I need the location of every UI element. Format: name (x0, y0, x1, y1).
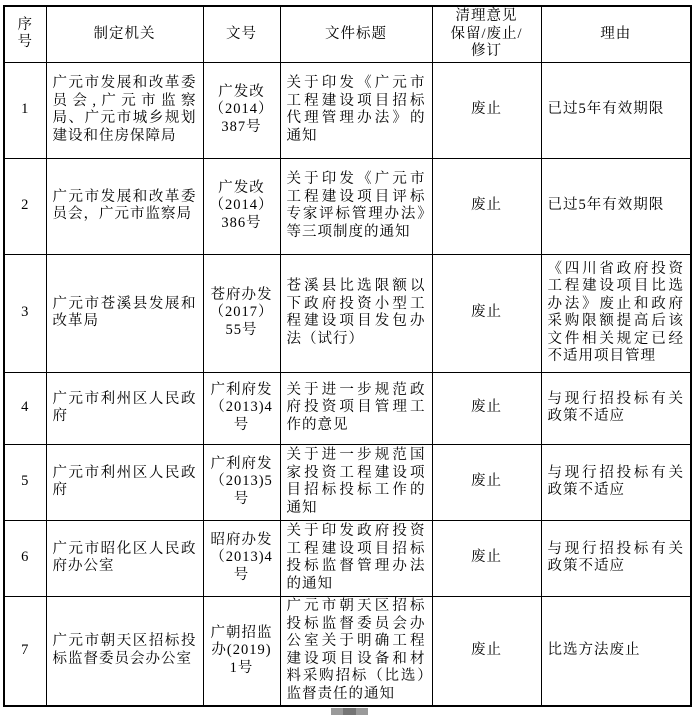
cell-title: 广元市朝天区招标投标监督委员会办公室关于明确工程建设项目设备和材料采购招标（比选… (280, 596, 432, 706)
scrollbar-thumb-grip (343, 708, 356, 715)
cell-index: 2 (4, 158, 46, 254)
document-cleanup-table: 序 号 制定机关 文号 文件标题 清理意见 保留/废止/ 修订 理由 1 广元市… (3, 5, 692, 707)
cell-index: 5 (4, 444, 46, 520)
cell-opinion: 废止 (432, 158, 541, 254)
cell-reason: 与现行招投标有关政策不适应 (541, 520, 691, 596)
cell-agency: 广元市苍溪县发展和改革局 (46, 254, 203, 372)
cell-index: 6 (4, 520, 46, 596)
column-header-title: 文件标题 (280, 6, 432, 62)
cell-title: 关于印发政府投资工程建设项目招标投标监督管理办法的通知 (280, 520, 432, 596)
cell-index: 3 (4, 254, 46, 372)
column-header-opinion: 清理意见 保留/废止/ 修订 (432, 6, 541, 62)
table-row: 6 广元市昭化区人民政府办公室 昭府办发 （2013)4 号 关于印发政府投资工… (4, 520, 691, 596)
cell-opinion: 废止 (432, 596, 541, 706)
cell-reason: 与现行招投标有关政策不适应 (541, 444, 691, 520)
cell-index: 1 (4, 62, 46, 158)
cell-doc-number: 广朝招监 办(2019) 1号 (203, 596, 280, 706)
scrollbar-thumb[interactable] (331, 708, 368, 715)
cell-agency: 广元市发展和改革委员会，广元市监察局 (46, 158, 203, 254)
cell-opinion: 废止 (432, 254, 541, 372)
cell-agency: 广元市发展和改革委员会,广元市监察局、广元市城乡规划建设和住房保障局 (46, 62, 203, 158)
cell-reason: 已过5年有效期限 (541, 62, 691, 158)
table-row: 3 广元市苍溪县发展和改革局 苍府办发 （2017） 55号 苍溪县比选限额以下… (4, 254, 691, 372)
table-row: 2 广元市发展和改革委员会，广元市监察局 广发改 （2014） 386号 关于印… (4, 158, 691, 254)
column-header-agency: 制定机关 (46, 6, 203, 62)
cell-opinion: 废止 (432, 444, 541, 520)
cell-title: 关于印发《广元市工程建设项目评标专家评标管理办法》等三项制度的通知 (280, 158, 432, 254)
cell-agency: 广元市朝天区招标投标监督委员会办公室 (46, 596, 203, 706)
cell-title: 关于进一步规范国家投资工程建设项目招标投标工作的通知 (280, 444, 432, 520)
cell-title: 关于印发《广元市工程建设项目招标代理管理办法》的通知 (280, 62, 432, 158)
cell-doc-number: 广利府发 （2013)5 号 (203, 444, 280, 520)
cell-doc-number: 广发改 （2014） 387号 (203, 62, 280, 158)
table-header-row: 序 号 制定机关 文号 文件标题 清理意见 保留/废止/ 修订 理由 (4, 6, 691, 62)
cell-title: 关于进一步规范政府投资项目管理工作的意见 (280, 372, 432, 444)
column-header-doc-number: 文号 (203, 6, 280, 62)
table-row: 5 广元市利州区人民政府 广利府发 （2013)5 号 关于进一步规范国家投资工… (4, 444, 691, 520)
cell-index: 4 (4, 372, 46, 444)
column-header-reason: 理由 (541, 6, 691, 62)
table-row: 1 广元市发展和改革委员会,广元市监察局、广元市城乡规划建设和住房保障局 广发改… (4, 62, 691, 158)
table-row: 7 广元市朝天区招标投标监督委员会办公室 广朝招监 办(2019) 1号 广元市… (4, 596, 691, 706)
cell-doc-number: 广发改 （2014） 386号 (203, 158, 280, 254)
cell-reason: 比选方法废止 (541, 596, 691, 706)
cell-doc-number: 昭府办发 （2013)4 号 (203, 520, 280, 596)
document-page: 序 号 制定机关 文号 文件标题 清理意见 保留/废止/ 修订 理由 1 广元市… (0, 5, 700, 707)
cell-title: 苍溪县比选限额以下政府投资小型工程建设项目发包办法（试行） (280, 254, 432, 372)
table-row: 4 广元市利州区人民政府 广利府发 （2013)4 号 关于进一步规范政府投资项… (4, 372, 691, 444)
cell-opinion: 废止 (432, 372, 541, 444)
cell-index: 7 (4, 596, 46, 706)
cell-reason: 与现行招投标有关政策不适应 (541, 372, 691, 444)
cell-doc-number: 广利府发 （2013)4 号 (203, 372, 280, 444)
cell-opinion: 废止 (432, 62, 541, 158)
cell-agency: 广元市利州区人民政府 (46, 372, 203, 444)
cell-opinion: 废止 (432, 520, 541, 596)
cell-reason: 已过5年有效期限 (541, 158, 691, 254)
cell-doc-number: 苍府办发 （2017） 55号 (203, 254, 280, 372)
cell-reason: 《四川省政府投资工程建设项目比选办法》废止和政府采购限额提高后该文件相关规定已经… (541, 254, 691, 372)
cell-agency: 广元市利州区人民政府 (46, 444, 203, 520)
cell-agency: 广元市昭化区人民政府办公室 (46, 520, 203, 596)
column-header-index: 序 号 (4, 6, 46, 62)
